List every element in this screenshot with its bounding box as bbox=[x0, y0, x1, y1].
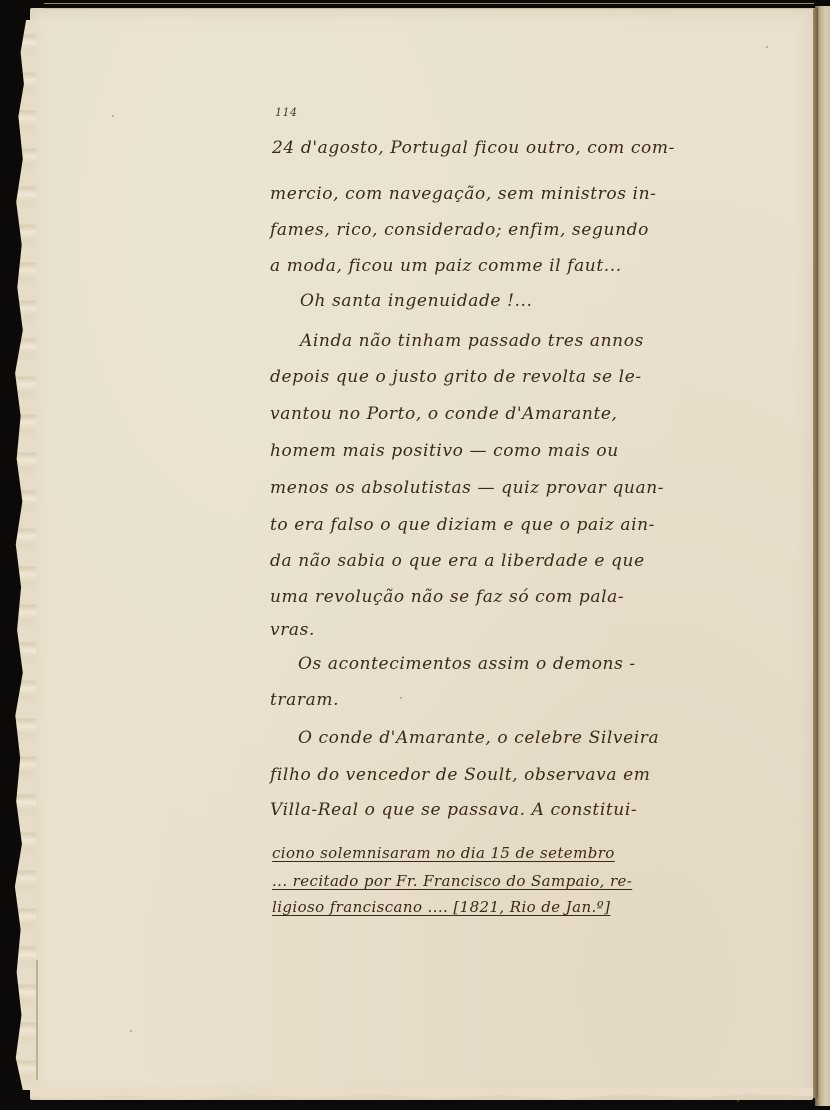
text-line-18: filho do vencedor de Soult, observava em bbox=[270, 765, 650, 785]
insert-line-2-content: ... recitado por Fr. Francisco do Sampai… bbox=[272, 872, 632, 890]
paper-speck bbox=[737, 1100, 739, 1102]
text-line-15: Os acontecimentos assim o demons - bbox=[298, 654, 636, 674]
text-line-9: homem mais positivo — como mais ou bbox=[270, 441, 619, 461]
page-top-edge bbox=[44, 3, 814, 9]
text-line-5: Oh santa ingenuidade !... bbox=[300, 291, 533, 311]
insert-line-2: ... recitado por Fr. Francisco do Sampai… bbox=[272, 872, 632, 890]
text-line-11: to era falso o que diziam e que o paiz a… bbox=[270, 515, 655, 535]
text-line-3: fames, rico, considerado; enfim, segundo bbox=[270, 220, 649, 240]
text-line-14: vras. bbox=[270, 620, 315, 640]
insert-line-1-content: ciono solemnisaram no dia 15 de setembro bbox=[272, 844, 615, 862]
paper-speck bbox=[130, 1030, 132, 1032]
page-number: 114 bbox=[275, 106, 298, 119]
text-line-1: 24 d'agosto, Portugal ficou outro, com c… bbox=[272, 138, 675, 158]
text-line-17: O conde d'Amarante, o celebre Silveira bbox=[298, 728, 659, 748]
text-line-6: Ainda não tinham passado tres annos bbox=[300, 331, 644, 351]
scanned-manuscript: 114 24 d'agosto, Portugal ficou outro, c… bbox=[0, 0, 830, 1110]
text-line-4-content: a moda, ficou um paiz comme il faut... bbox=[270, 256, 622, 276]
text-line-19: Villa-Real o que se passava. A constitui… bbox=[270, 800, 637, 820]
text-line-8: vantou no Porto, o conde d'Amarante, bbox=[270, 404, 618, 424]
paper-speck bbox=[766, 46, 768, 48]
torn-left-edge bbox=[14, 20, 36, 1090]
text-line-13: uma revolução não se faz só com pala- bbox=[270, 587, 624, 607]
text-line-4: a moda, ficou um paiz comme il faut... bbox=[270, 256, 622, 276]
paper-fold-line bbox=[36, 960, 38, 1080]
paper-speck bbox=[112, 115, 114, 117]
text-line-2: mercio, com navegação, sem ministros in- bbox=[270, 184, 656, 204]
text-line-7: depois que o justo grito de revolta se l… bbox=[270, 367, 642, 387]
text-line-16: traram. bbox=[270, 690, 339, 710]
insert-line-1: ciono solemnisaram no dia 15 de setembro bbox=[272, 844, 615, 862]
text-line-12: da não sabia o que era a liberdade e que bbox=[270, 551, 645, 571]
insert-line-3-content: ligioso franciscano .... [1821, Rio de J… bbox=[272, 898, 610, 916]
text-line-10: menos os absolutistas — quiz provar quan… bbox=[270, 478, 664, 498]
paper-speck bbox=[400, 697, 402, 699]
insert-line-3: ligioso franciscano .... [1821, Rio de J… bbox=[272, 898, 610, 916]
